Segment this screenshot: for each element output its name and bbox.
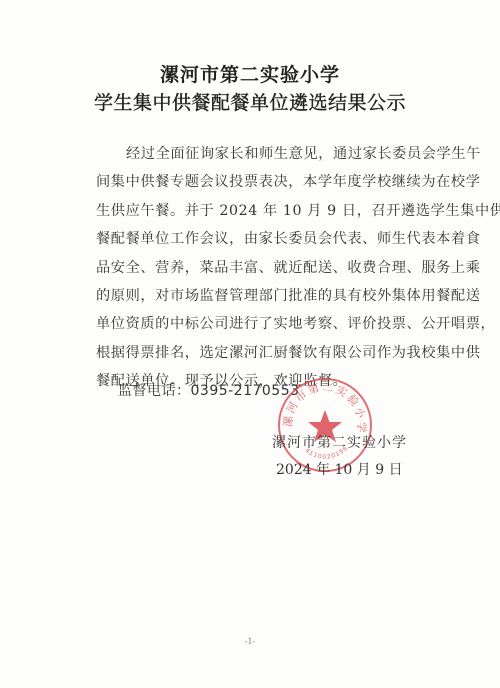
signature-date: 2024 年 10 月 9 日 [276,459,403,479]
body-line: 餐配餐单位工作会议，由家长委员会代表、师生代表本着食 [96,225,406,253]
seal-star-icon: 漯河市第二实验小学 41100201965 [280,380,370,470]
body-line: 生供应午餐。并于 2024 年 10 月 9 日，召开遴选学生集中供 [96,197,406,225]
supervision-phone: 监督电话：0395-2170553 [118,380,300,400]
body-paragraph: 经过全面征询家长和师生意见，通过家长委员会学生午 间集中供餐专题会议投票表决，本… [96,140,406,396]
body-line: 的原则，对市场监督管理部门批准的具有校外集体用餐配送 [96,282,406,310]
body-line: 品安全、营养，菜品丰富、就近配送、收费合理、服务上乘 [96,254,406,282]
official-seal: 漯河市第二实验小学 41100201965 [278,378,372,472]
page-number: -1- [0,637,500,646]
body-line: 经过全面征询家长和师生意见，通过家长委员会学生午 [96,140,406,168]
document-page: 漯河市第二实验小学 学生集中供餐配餐单位遴选结果公示 经过全面征询家长和师生意见… [0,0,500,688]
document-title-line1: 漯河市第二实验小学 [0,60,500,87]
body-line: 根据得票排名，选定漯河汇厨餐饮有限公司作为我校集中供 [96,339,406,367]
document-title-line2: 学生集中供餐配餐单位遴选结果公示 [0,88,500,115]
body-line: 间集中供餐专题会议投票表决，本学年度学校继续为在校学 [96,168,406,196]
signature-organization: 漯河市第二实验小学 [272,432,407,452]
body-line: 单位资质的中标公司进行了实地考察、评价投票、公开唱票， [96,310,406,338]
